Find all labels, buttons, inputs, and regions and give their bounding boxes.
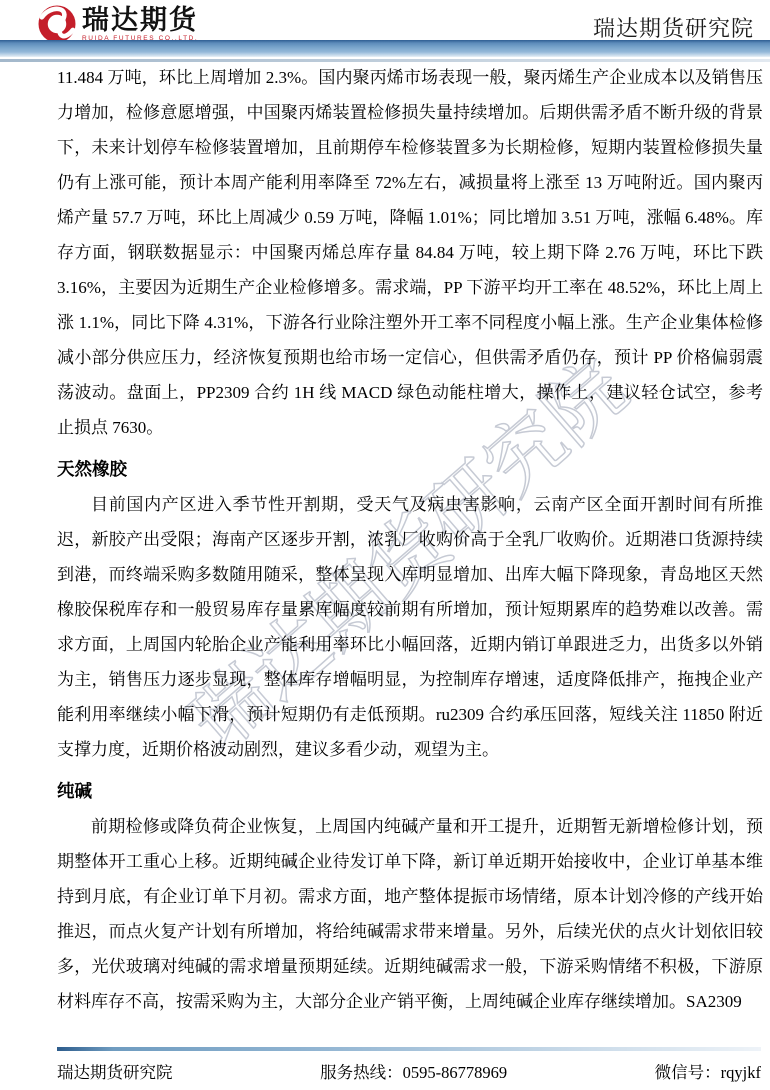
footer-hotline: 服务热线：0595-86778969: [320, 1058, 507, 1088]
brand-name-cn: 瑞达期货: [82, 6, 198, 34]
page-footer: 瑞达期货研究院 服务热线：0595-86778969 微信号：rqyjkf: [57, 1058, 761, 1088]
section-heading-soda-ash: 纯碱: [57, 774, 763, 809]
ruida-logo-icon: [36, 3, 78, 45]
footer-wechat-label: 微信号：: [655, 1063, 721, 1082]
footer-hotline-label: 服务热线：: [320, 1063, 403, 1082]
paragraph-soda-ash: 前期检修或降负荷企业恢复，上周国内纯碱产量和开工提升，近期暂无新增检修计划，预期…: [57, 809, 763, 1019]
footer-wechat: 微信号：rqyjkf: [655, 1058, 761, 1088]
footer-divider: [57, 1047, 761, 1051]
footer-wechat-id: rqyjkf: [721, 1063, 761, 1082]
header-divider-bar: [0, 40, 770, 57]
page-header: 瑞达期货 RUIDA FUTURES CO.,LTD. 瑞达期货研究院: [0, 0, 770, 40]
report-body: 11.484 万吨，环比上周增加 2.3%。国内聚丙烯市场表现一般，聚丙烯生产企…: [57, 60, 763, 1019]
report-page: 瑞达期货 RUIDA FUTURES CO.,LTD. 瑞达期货研究院 瑞达期货…: [0, 0, 770, 1090]
paragraph-polypropylene: 11.484 万吨，环比上周增加 2.3%。国内聚丙烯市场表现一般，聚丙烯生产企…: [57, 60, 763, 445]
brand-text: 瑞达期货 RUIDA FUTURES CO.,LTD.: [82, 6, 198, 42]
paragraph-natural-rubber: 目前国内产区进入季节性开割期，受天气及病虫害影响，云南产区全面开割时间有所推迟，…: [57, 487, 763, 767]
section-heading-natural-rubber: 天然橡胶: [57, 452, 763, 487]
footer-hotline-number: 0595-86778969: [403, 1063, 508, 1082]
brand-logo: 瑞达期货 RUIDA FUTURES CO.,LTD.: [36, 3, 198, 45]
footer-institute: 瑞达期货研究院: [57, 1058, 173, 1088]
institute-title: 瑞达期货研究院: [593, 12, 754, 43]
